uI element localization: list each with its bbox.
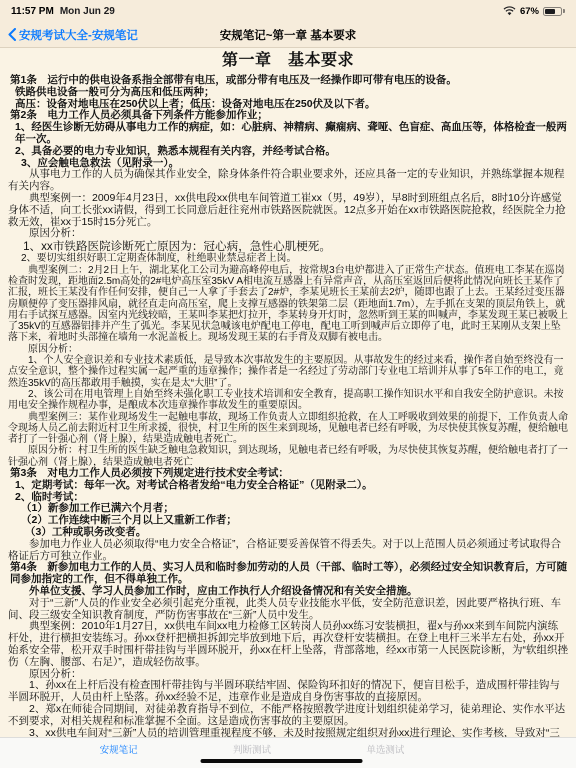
paragraph: 2、该公司在用电管理上自始至终未强化职工专业技术培训和安全教育，提高职工操作知识… bbox=[8, 389, 568, 412]
paragraph: 原因分析：村卫生所的医生缺乏触电急救知识，到达现场，见触电者已经有呼吸，为尽快使… bbox=[8, 445, 568, 468]
chapter-title: 第一章 基本要求 bbox=[8, 51, 568, 71]
paragraph: 1、定期考试：每年一次。对考试合格者发给“电力安全合格证”（见附录二）。 bbox=[8, 480, 568, 492]
battery-icon bbox=[543, 7, 565, 16]
paragraph: 对于“三新”人员的作业安全必须引起充分重视，此类人员专业技能水平低，安全防范意识… bbox=[8, 598, 568, 622]
paragraph: 典型案例三：某作业现场发生一起触电事故，现场工作负责人立即组织抢救，在人工呼吸收… bbox=[8, 412, 568, 446]
paragraph: 原因分析： bbox=[8, 228, 568, 240]
paragraph: 1、xx市铁路医院诊断死亡原因为：冠心病，急性心肌梗死。 bbox=[8, 240, 568, 253]
status-bar-right: 67% bbox=[503, 6, 565, 17]
back-chevron-icon bbox=[8, 28, 16, 41]
paragraph: 3、xx供电车间对“三新”人员的培训管理重视程度不够，未及时按照规定组织对孙xx… bbox=[8, 728, 568, 737]
status-bar-left: 11:57 PM Mon Jun 29 bbox=[11, 6, 115, 17]
tab-safety-notes[interactable]: 安规笔记 bbox=[52, 742, 185, 756]
paragraph: 参加电力作业人员必须取得“电力安全合格证”，合格证要妥善保管不得丢失。对于以上范… bbox=[8, 539, 568, 563]
back-button[interactable]: 安规考试大全-安规笔记 bbox=[8, 27, 138, 43]
paragraph: 铁路供电设备一般可分为高压和低压两种； bbox=[8, 87, 568, 99]
paragraph: 1、经医生诊断无妨碍从事电力工作的病症，如：心脏病、神精病、癫痫病、聋哑、色盲症… bbox=[8, 122, 568, 146]
tab-single-choice-test[interactable]: 单选测试 bbox=[319, 742, 452, 756]
home-indicator[interactable] bbox=[201, 759, 363, 763]
tab-judgment-test[interactable]: 判断测试 bbox=[185, 742, 318, 756]
tab-bar: 安规笔记 判断测试 单选测试 bbox=[0, 737, 576, 768]
paragraph: 第4条 新参加电力工作的人员、实习人员和临时参加劳动的人员（干部、临时工等），必… bbox=[8, 562, 568, 586]
paragraph: 原因分析： bbox=[8, 344, 568, 355]
battery-percent: 67% bbox=[520, 6, 539, 17]
tab-row: 安规笔记 判断测试 单选测试 bbox=[52, 738, 452, 760]
paragraph: 2、具备必要的电力专业知识，熟悉本规程有关内容，并经考试合格。 bbox=[8, 146, 568, 158]
document-content[interactable]: 第一章 基本要求 第1条 运行中的供电设备系指全部带有电压，或部分带有电压及一经… bbox=[0, 48, 576, 737]
paragraph: （3）工种或职务改变者。 bbox=[8, 527, 568, 539]
paragraph: 典型案例一：2009年4月23日，xx供电段xx供电车间管道工崔xx（男，49岁… bbox=[8, 193, 568, 228]
paragraph: 1、个人安全意识差和专业技术素质低，是导致本次事故发生的主要原因。从事故发生的经… bbox=[8, 355, 568, 389]
paragraph: 典型案例二：2月2日上午，湖北某化工公司为避高峰停电后，按常规3台电炉都进入了正… bbox=[8, 265, 568, 344]
paragraph: 1、孙xx在上杆后没有检查围杆带挂钩与半圆环联结牢固、保险钩环扣好的情况下，便盲… bbox=[8, 680, 568, 704]
paragraph: 从事电力工作的人员为确保其作业安全，除身体条件符合职业要求外，还应具备一定的专业… bbox=[8, 169, 568, 193]
wifi-icon bbox=[503, 6, 516, 16]
back-button-label: 安规考试大全-安规笔记 bbox=[19, 27, 138, 43]
clock: 11:57 PM bbox=[11, 6, 54, 17]
date: Mon Jun 29 bbox=[60, 6, 115, 17]
paragraph: 2、郑x在师徒合同期间，对徒弟教育指导不到位，不能严格按照教学进度计划组织徒弟学… bbox=[8, 704, 568, 728]
navigation-bar: 安规考试大全-安规笔记 安规笔记~第一章 基本要求 bbox=[0, 22, 576, 48]
status-bar: 11:57 PM Mon Jun 29 67% bbox=[0, 0, 576, 22]
paragraph: 典型案例：2010年1月27日，xx供电车间xx电力检修工区转岗人员孙xx练习安… bbox=[8, 621, 568, 668]
paragraph: 外单位支援、学习人员参加工作时，应由工作执行人介绍设备情况和有关安全措施。 bbox=[8, 586, 568, 598]
app-screen: 11:57 PM Mon Jun 29 67% 安规考试大全-安规笔记 安规笔记… bbox=[0, 0, 576, 768]
paragraph: 2、要切实组织好职工定期查体制度，杜绝职业禁忌症者上岗。 bbox=[8, 253, 568, 264]
